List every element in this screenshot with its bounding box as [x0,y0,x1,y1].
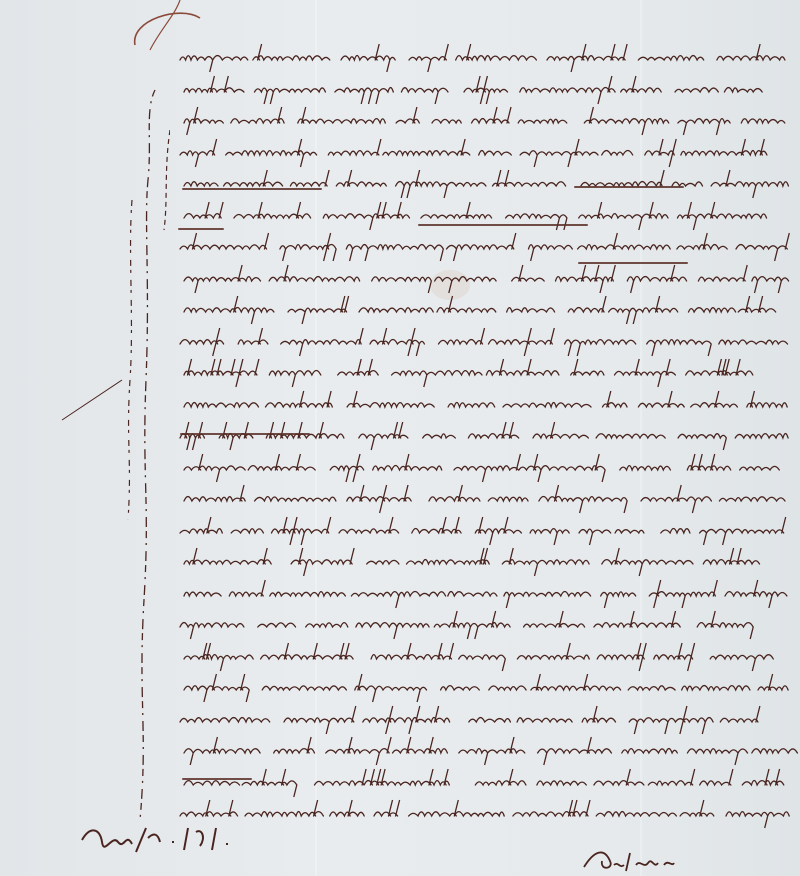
underline [182,188,322,190]
underline [180,433,310,435]
underline [578,262,688,264]
signature: Hitzig [580,845,700,875]
letter-page: … des Manuscripts … (approximate)… Herrn… [0,0,800,876]
underline [574,186,684,188]
underline [178,228,224,230]
margin-note [60,80,170,850]
underline [182,778,252,780]
underline [418,224,588,226]
closing-date: Berlin 9/2. 1831 [76,818,276,858]
